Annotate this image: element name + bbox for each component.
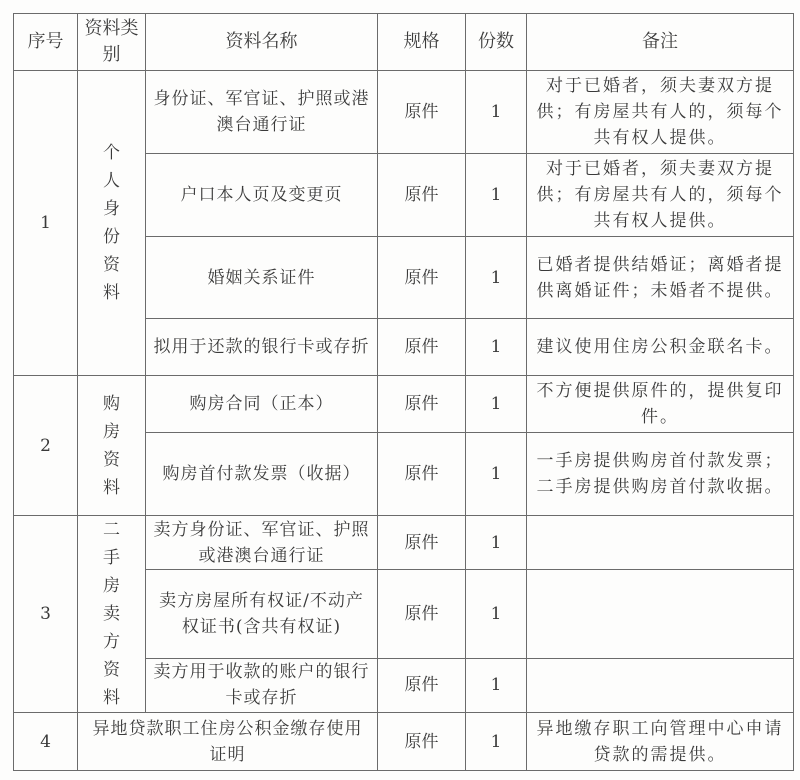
spec-cell: 原件: [378, 570, 466, 659]
header-row: 序号 资料类别 资料名称 规格 份数 备注: [14, 14, 794, 71]
note-cell: [527, 658, 794, 712]
note-cell: 不方便提供原件的，提供复印件。: [527, 376, 794, 433]
note-cell: 对于已婚者，须夫妻双方提供；有房屋共有人的，须每个共有权人提供。: [527, 154, 794, 237]
qty-cell: 1: [466, 237, 527, 319]
category-label: 购房资料: [103, 390, 120, 502]
qty-cell: 1: [466, 319, 527, 376]
seq-cell: 4: [14, 713, 78, 771]
spec-cell: 原件: [378, 319, 466, 376]
spec-cell: 原件: [378, 713, 466, 771]
spec-cell: 原件: [378, 516, 466, 570]
category-label: 二手房卖方资料: [103, 516, 120, 712]
note-cell: 对于已婚者，须夫妻双方提供；有房屋共有人的，须每个共有权人提供。: [527, 71, 794, 154]
spec-cell: 原件: [378, 658, 466, 712]
header-category: 资料类别: [78, 14, 146, 71]
note-cell: 一手房提供购房首付款发票；二手房提供购房首付款收据。: [527, 433, 794, 516]
note-cell: 已婚者提供结婚证；离婚者提供离婚证件；未婚者不提供。: [527, 237, 794, 319]
doc-name-cell: 购房首付款发票（收据）: [146, 433, 378, 516]
header-note: 备注: [527, 14, 794, 71]
doc-name-cell: 卖方身份证、军官证、护照或港澳台通行证: [146, 516, 378, 570]
seq-cell: 3: [14, 516, 78, 713]
category-cell: 个人身份资料: [78, 71, 146, 376]
doc-name-cell: 婚姻关系证件: [146, 237, 378, 319]
doc-name-cell: 身份证、军官证、护照或港澳台通行证: [146, 71, 378, 154]
qty-cell: 1: [466, 376, 527, 433]
note-cell: [527, 516, 794, 570]
category-label: 个人身份资料: [103, 139, 120, 307]
doc-name-cell: 卖方用于收款的账户的银行卡或存折: [146, 658, 378, 712]
required-documents-table: 序号 资料类别 资料名称 规格 份数 备注 1 个人身份资料 身份证、军官证、护…: [13, 13, 794, 771]
qty-cell: 1: [466, 154, 527, 237]
doc-name-cell: 拟用于还款的银行卡或存折: [146, 319, 378, 376]
doc-name-cell: 异地贷款职工住房公积金缴存使用证明: [78, 713, 378, 771]
doc-name-cell: 购房合同（正本）: [146, 376, 378, 433]
seq-cell: 1: [14, 71, 78, 376]
doc-name-cell: 卖方房屋所有权证/不动产权证书(含共有权证): [146, 570, 378, 659]
table-row: 4 异地贷款职工住房公积金缴存使用证明 原件 1 异地缴存职工向管理中心申请贷款…: [14, 713, 794, 771]
spec-cell: 原件: [378, 237, 466, 319]
header-name: 资料名称: [146, 14, 378, 71]
category-cell: 购房资料: [78, 376, 146, 516]
note-cell: [527, 570, 794, 659]
doc-name-cell: 户口本人页及变更页: [146, 154, 378, 237]
table-row: 3 二手房卖方资料 卖方身份证、军官证、护照或港澳台通行证 原件 1: [14, 516, 794, 570]
spec-cell: 原件: [378, 433, 466, 516]
header-spec: 规格: [378, 14, 466, 71]
seq-cell: 2: [14, 376, 78, 516]
header-seq: 序号: [14, 14, 78, 71]
spec-cell: 原件: [378, 154, 466, 237]
category-cell: 二手房卖方资料: [78, 516, 146, 713]
note-cell: 建议使用住房公积金联名卡。: [527, 319, 794, 376]
header-qty: 份数: [466, 14, 527, 71]
qty-cell: 1: [466, 658, 527, 712]
qty-cell: 1: [466, 516, 527, 570]
qty-cell: 1: [466, 713, 527, 771]
qty-cell: 1: [466, 570, 527, 659]
table-row: 2 购房资料 购房合同（正本） 原件 1 不方便提供原件的，提供复印件。: [14, 376, 794, 433]
note-cell: 异地缴存职工向管理中心申请贷款的需提供。: [527, 713, 794, 771]
spec-cell: 原件: [378, 71, 466, 154]
spec-cell: 原件: [378, 376, 466, 433]
table-row: 1 个人身份资料 身份证、军官证、护照或港澳台通行证 原件 1 对于已婚者，须夫…: [14, 71, 794, 154]
qty-cell: 1: [466, 71, 527, 154]
qty-cell: 1: [466, 433, 527, 516]
